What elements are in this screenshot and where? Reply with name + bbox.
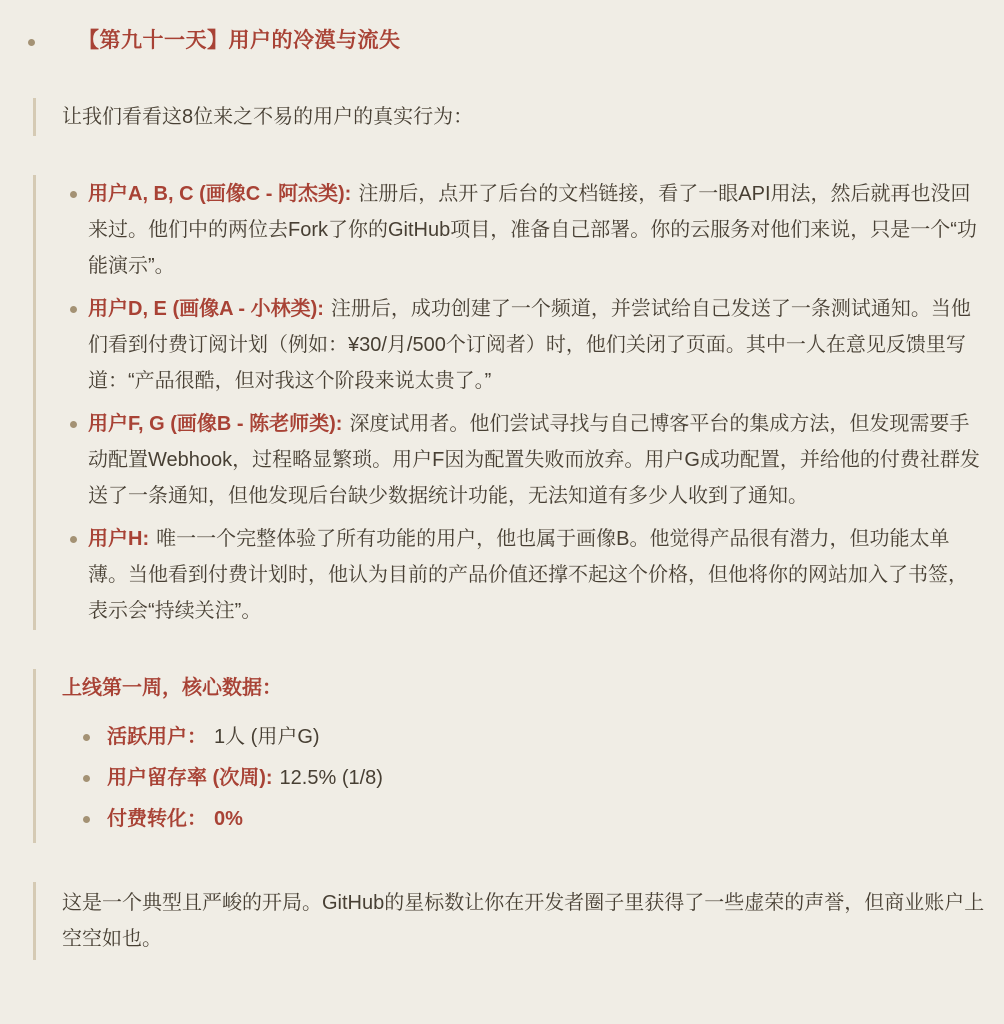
metric-retention: 用户留存率 (次周):12.5% (1/8): [62, 760, 985, 796]
bullet-icon: [70, 306, 77, 313]
metric-paid-conversion: 付费转化：0%: [62, 801, 985, 837]
closing-paragraph: 这是一个典型且严峻的开局。GitHub的星标数让你在开发者圈子里获得了一些虚荣的…: [33, 882, 985, 960]
metric-label: 用户留存率 (次周):: [107, 767, 273, 789]
metric-value: 1人 (用户G): [214, 726, 320, 748]
metrics-list: 活跃用户：1人 (用户G) 用户留存率 (次周):12.5% (1/8) 付费转…: [62, 719, 985, 842]
metric-label: 付费转化：: [107, 808, 207, 830]
bullet-icon: [83, 734, 90, 741]
user-label: 用户A, B, C (画像C - 阿杰类):: [88, 183, 351, 205]
bullet-icon: [70, 421, 77, 428]
day-heading: 【第九十一天】用户的冷漠与流失: [78, 29, 401, 52]
metric-active-users: 活跃用户：1人 (用户G): [62, 719, 985, 755]
user-item-abc: 用户A, B, C (画像C - 阿杰类):注册后，点开了后台的文档链接，看了一…: [62, 176, 985, 284]
bullet-icon: [83, 816, 90, 823]
user-item-de: 用户D, E (画像A - 小林类):注册后，成功创建了一个频道，并尝试给自己发…: [62, 291, 985, 399]
user-label: 用户H:: [88, 528, 149, 550]
user-label: 用户D, E (画像A - 小林类):: [88, 298, 324, 320]
bullet-icon: [83, 775, 90, 782]
metric-value: 0%: [214, 808, 243, 830]
page: 【第九十一天】用户的冷漠与流失 让我们看看这8位来之不易的用户的真实行为： 用户…: [0, 0, 1004, 960]
metric-label: 活跃用户：: [107, 726, 207, 748]
bullet-icon: [28, 39, 35, 46]
user-item-fg: 用户F, G (画像B - 陈老师类):深度试用者。他们尝试寻找与自己博客平台的…: [62, 406, 985, 514]
metrics-block: 上线第一周，核心数据： 活跃用户：1人 (用户G) 用户留存率 (次周):12.…: [33, 669, 985, 843]
quote-intro: 让我们看看这8位来之不易的用户的真实行为：: [33, 98, 985, 136]
day-heading-item: 【第九十一天】用户的冷漠与流失: [20, 27, 985, 57]
user-behavior-list: 用户A, B, C (画像C - 阿杰类):注册后，点开了后台的文档链接，看了一…: [33, 175, 985, 630]
bullet-icon: [70, 536, 77, 543]
metric-value: 12.5% (1/8): [280, 767, 383, 789]
metrics-heading: 上线第一周，核心数据：: [62, 670, 985, 706]
user-label: 用户F, G (画像B - 陈老师类):: [88, 413, 342, 435]
bullet-icon: [70, 191, 77, 198]
quote-section: 让我们看看这8位来之不易的用户的真实行为： 用户A, B, C (画像C - 阿…: [33, 98, 985, 960]
user-item-h: 用户H:唯一一个完整体验了所有功能的用户，他也属于画像B。他觉得产品很有潜力，但…: [62, 521, 985, 629]
user-text: 唯一一个完整体验了所有功能的用户，他也属于画像B。他觉得产品很有潜力，但功能太单…: [88, 528, 968, 622]
